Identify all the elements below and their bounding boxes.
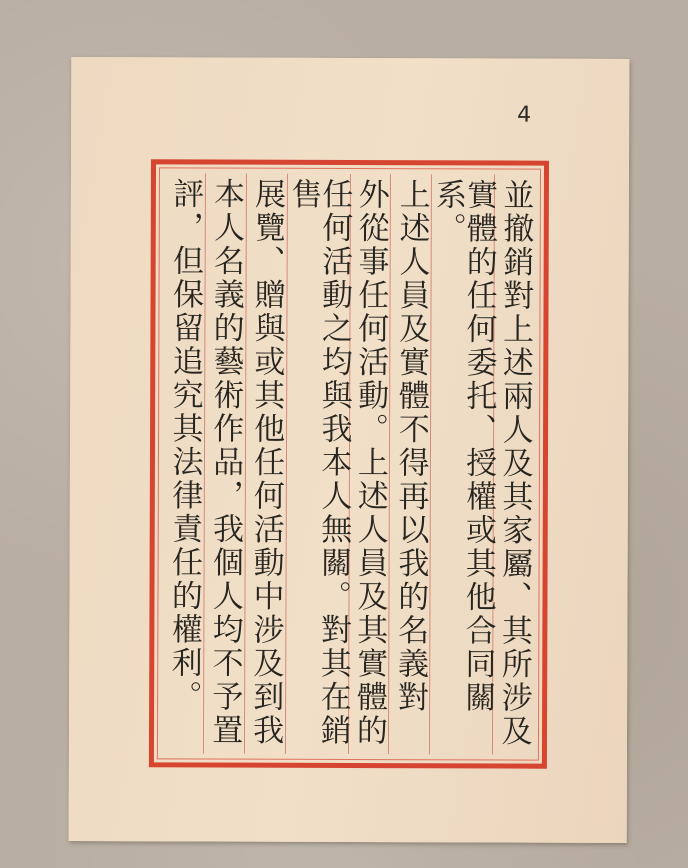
- red-grid-frame: 並撤銷對上述兩人及其家屬、其所涉及 實體的任何委托、授權或其他合同關系。 上述人…: [149, 159, 549, 768]
- text-column-1: 並撤銷對上述兩人及其家屬、其所涉及: [492, 175, 535, 755]
- column-text: 上述人員及實體不得再以我的名義對: [394, 178, 427, 714]
- text-column-8: 評，但保留追究其法律責任的權利。: [163, 173, 205, 753]
- text-columns: 並撤銷對上述兩人及其家屬、其所涉及 實體的任何委托、授權或其他合同關系。 上述人…: [163, 173, 535, 754]
- text-column-5: 任何活動之均與我本人無關。對其在銷售: [284, 174, 349, 754]
- column-text: 實體的任何委托、授權或其他合同關系。: [430, 178, 494, 754]
- column-text: 任何活動之均與我本人無關。對其在銷售: [285, 178, 349, 754]
- text-column-7: 本人名義的藝術作品，我個人均不予置: [203, 173, 246, 753]
- column-text: 外從事任何活動。上述人員及其實體的: [353, 178, 386, 748]
- text-column-6: 展覽、贈與或其他任何活動中涉及到我: [244, 174, 287, 754]
- manuscript-paper: 4 並撤銷對上述兩人及其家屬、其所涉及 實體的任何委托、授權或其他合同關系。 上…: [69, 57, 630, 843]
- column-text: 本人名義的藝術作品，我個人均不予置: [208, 178, 241, 748]
- page-number: 4: [517, 103, 531, 128]
- column-text: 並撤銷對上述兩人及其家屬、其所涉及: [498, 179, 531, 749]
- text-column-3: 上述人員及實體不得再以我的名義對: [388, 174, 431, 754]
- column-text: 展覽、贈與或其他任何活動中涉及到我: [249, 178, 282, 748]
- column-text: 評，但保留追究其法律責任的權利。: [168, 177, 201, 713]
- text-column-2: 實體的任何委托、授權或其他合同關系。: [429, 174, 494, 754]
- text-column-4: 外從事任何活動。上述人員及其實體的: [347, 174, 390, 754]
